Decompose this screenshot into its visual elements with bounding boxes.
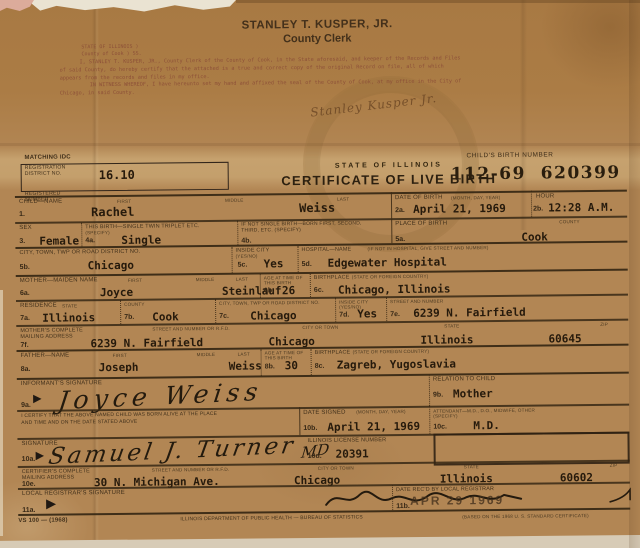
divider (310, 274, 311, 297)
father-age-value: 30 (285, 359, 298, 372)
divider (215, 299, 216, 323)
residence-street-value: 6239 N. Fairfield (413, 306, 526, 320)
inside-city-sublabel: (YES/NO) (236, 254, 258, 259)
field-number: 6b. (264, 287, 274, 294)
local-registrar-signature-label: LOCAL REGISTRAR'S SIGNATURE (22, 490, 125, 498)
date-signed-label: DATE SIGNED (303, 410, 346, 417)
mother-age-value: 26 (282, 284, 295, 297)
street-rfd-label: STREET AND NUMBER OR R.F.D. (152, 326, 230, 332)
divider (311, 349, 312, 375)
hospital-value: Edgewater Hospital (328, 256, 447, 270)
middle-label: MIDDLE (197, 352, 216, 357)
field-number: 2a. (395, 207, 405, 214)
date-of-birth-label: DATE OF BIRTH (395, 195, 443, 202)
hospital-sublabel: (IF NOT IN HOSPITAL, GIVE STREET AND NUM… (367, 245, 488, 251)
mother-first-name-value: Joyce (100, 286, 133, 299)
field-number: 7c. (219, 313, 229, 320)
divider (81, 222, 82, 246)
mother-name-label: MOTHER—MAIDEN NAME (20, 277, 98, 285)
divider (391, 192, 392, 218)
license-number-label: ILLINOIS LICENSE NUMBER (307, 437, 386, 444)
zip-label: ZIP (610, 463, 618, 468)
form-number: VS 100 — (1968) (18, 518, 67, 525)
field-number: 5c. (238, 262, 248, 269)
state-label: STATE (464, 464, 479, 469)
field-number: 4a. (85, 237, 95, 244)
field-number: 3. (19, 238, 25, 245)
field-number: 5d. (302, 261, 312, 268)
license-number-value: 20391 (336, 447, 369, 460)
field-number: 1. (19, 211, 25, 218)
field-number: 10d. (308, 453, 322, 460)
field-number: 8a. (21, 366, 31, 373)
last-label: LAST (238, 352, 250, 357)
field-number: 7f. (20, 342, 28, 349)
place-of-birth-label: PLACE OF BIRTH (395, 221, 447, 228)
registration-district-label: REGISTRATION DISTRICT NO. (25, 166, 66, 178)
father-name-label: FATHER—NAME (21, 352, 70, 359)
mother-birthplace-label: BIRTHPLACE (314, 275, 350, 282)
paper-left-edge (0, 290, 3, 536)
clerk-name: STANLEY T. KUSPER, JR. (167, 17, 467, 32)
field-number: 6c. (314, 287, 324, 294)
middle-label: MIDDLE (225, 198, 244, 203)
field-number: 5b. (20, 264, 30, 271)
date-received-label: DATE REC'D BY LOCAL REGISTRAR (396, 486, 494, 493)
divider (231, 247, 232, 273)
signature-arrow-icon: ▶ (46, 496, 56, 512)
city-town-value: Chicago (88, 259, 134, 272)
inside-city-value: Yes (264, 257, 284, 270)
paper-right-edge (629, 0, 640, 548)
date-signed-sublabel: (MONTH, DAY, YEAR) (356, 409, 406, 415)
residence-city-value: Chicago (250, 309, 296, 322)
attendant-value: M.D. (473, 419, 500, 432)
last-label: LAST (236, 277, 248, 282)
hospital-label: HOSPITAL—NAME (301, 247, 351, 254)
certify-statement: I CERTIFY THAT THE ABOVE NAMED CHILD WAS… (21, 411, 217, 427)
divider (531, 191, 532, 217)
matching-idc-label: MATCHING IDC (24, 154, 70, 161)
zip-label: ZIP (600, 322, 608, 327)
hour-label: HOUR (536, 193, 555, 200)
date-received-stamp: APR 29 1969 (410, 493, 504, 508)
divider (429, 375, 430, 406)
birth-certificate-scan: STANLEY T. KUSPER, JR. County Clerk STAT… (0, 0, 640, 548)
divider (386, 297, 387, 321)
mother-birthplace-value: Chicago, Illinois (338, 282, 451, 296)
venue-clause: STATE OF ILLINOIS ) County of Cook ) SS. (81, 44, 141, 59)
signature-arrow-icon: ▶ (33, 392, 42, 405)
father-birthplace-sublabel: (STATE OR FOREIGN COUNTRY) (353, 349, 430, 355)
this-birth-sublabel: (SPECIFY) (85, 230, 110, 235)
registration-district-value: 16.10 (99, 168, 135, 182)
county-label: COUNTY (559, 219, 580, 224)
based-on-line: (BASED ON THE 1968 U. S. STANDARD CERTIF… (462, 513, 589, 519)
child-last-name-value: Weiss (299, 201, 335, 215)
father-last-name-value: Weiss (229, 359, 262, 372)
field-number: 7b. (124, 314, 134, 321)
field-number: 9a. (21, 402, 31, 409)
field-number: 7d. (339, 312, 349, 319)
attendant-sublabel: (SPECIFY) (433, 413, 458, 418)
first-label: FIRST (113, 353, 127, 358)
residence-street-label: STREET AND NUMBER (390, 299, 443, 305)
date-of-birth-sublabel: (MONTH, DAY, YEAR) (451, 195, 501, 201)
relation-to-child-value: Mother (453, 387, 493, 400)
residence-city-label: CITY, TOWN, TWP OR ROAD DISTRICT NO. (219, 300, 320, 306)
father-birthplace-value: Zagreb, Yugoslavia (337, 357, 456, 371)
certifier-mailing-label: CERTIFIER'S COMPLETE MAILING ADDRESS (22, 468, 90, 481)
signature-arrow-icon: ▶ (36, 449, 45, 462)
child-name-label: CHILD—NAME (19, 199, 62, 206)
certification-paragraphs: I, STANLEY T. KUSPER, JR., County Clerk … (59, 55, 461, 98)
field-number: 10c. (433, 424, 447, 431)
divider (335, 298, 336, 322)
department-line: ILLINOIS DEPARTMENT OF PUBLIC HEALTH — B… (180, 515, 363, 523)
city-town-label: CITY, TOWN, TWP OR ROAD DISTRICT NO. (19, 249, 140, 257)
mother-birthplace-sublabel: (STATE OR FOREIGN COUNTRY) (352, 274, 429, 280)
city-or-town-label: CITY OR TOWN (302, 325, 338, 330)
residence-label: RESIDENCE (20, 303, 57, 310)
field-number: 7e. (390, 311, 400, 318)
field-number: 2b. (533, 206, 543, 213)
document-content: STANLEY T. KUSPER, JR. County Clerk STAT… (0, 0, 640, 548)
field-number: 10b. (303, 425, 317, 432)
date-signed-value: April 21, 1969 (327, 420, 420, 434)
relation-to-child-label: RELATION TO CHILD (433, 376, 495, 384)
divider (120, 300, 121, 324)
childs-birth-number-label: CHILD'S BIRTH NUMBER (466, 151, 553, 159)
father-birthplace-label: BIRTHPLACE (315, 350, 351, 357)
residence-state-sublabel: STATE (62, 303, 77, 308)
last-label: LAST (337, 197, 349, 202)
state-label: STATE (444, 323, 459, 328)
field-number: 9b. (433, 392, 443, 399)
divider (297, 246, 298, 272)
field-number: 6a. (20, 290, 30, 297)
residence-state-value: Illinois (42, 311, 95, 325)
if-not-single-label: IF NOT SINGLE BIRTH—BORN FIRST, SECOND, … (241, 221, 362, 234)
child-first-name-value: Rachel (91, 205, 135, 219)
middle-label: MIDDLE (196, 277, 215, 282)
city-or-town-label: CITY OR TOWN (318, 466, 354, 471)
father-first-name-value: Joseph (99, 361, 139, 374)
residence-county-value: Cook (152, 310, 179, 323)
residence-county-label: COUNTY (124, 302, 145, 307)
divider (299, 407, 300, 435)
field-number: 10a. (22, 456, 36, 463)
first-label: FIRST (117, 199, 131, 204)
divider (429, 406, 430, 434)
first-label: FIRST (128, 278, 142, 283)
field-number: 8c. (315, 363, 325, 370)
divider (237, 221, 238, 245)
childs-birth-number-value: 112-69 620399 (451, 163, 621, 185)
mother-mailing-label: MOTHER'S COMPLETE MAILING ADDRESS (20, 327, 83, 340)
street-rfd-label: STREET AND NUMBER OR R.F.D. (152, 467, 230, 473)
venue-line2: County of Cook ) SS. (81, 51, 141, 59)
field-number: 8b. (265, 363, 275, 370)
divider (391, 218, 392, 243)
clerk-title: County Clerk (167, 31, 467, 46)
hour-value: 12:28 A.M. (548, 201, 614, 215)
date-of-birth-value: April 21, 1969 (413, 202, 506, 216)
field-number: 7a. (20, 315, 30, 322)
residence-inside-city-value: Yes (357, 307, 377, 320)
sex-label: SEX (19, 225, 32, 232)
